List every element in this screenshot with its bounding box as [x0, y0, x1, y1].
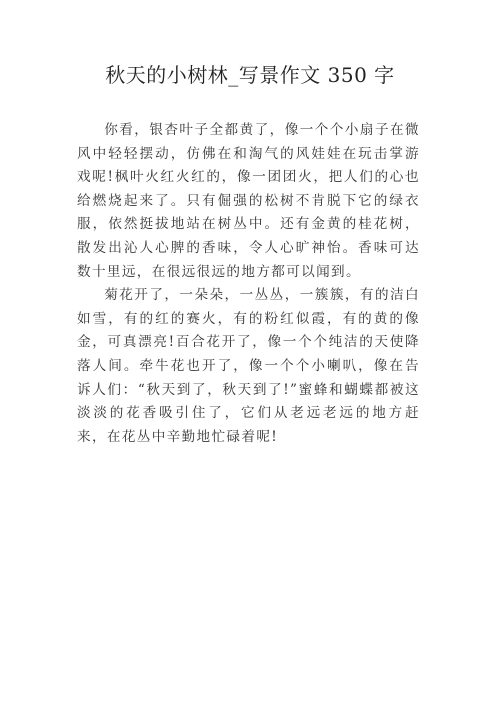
paragraph-1: 你看，银杏叶子全都黄了，像一个个小扇子在微风中轻轻摆动，仿佛在和淘气的风娃娃在玩… [77, 119, 420, 284]
document-body: 你看，银杏叶子全都黄了，像一个个小扇子在微风中轻轻摆动，仿佛在和淘气的风娃娃在玩… [77, 119, 420, 449]
document-page: 秋天的小树林_写景作文 350 字 你看，银杏叶子全都黄了，像一个个小扇子在微风… [0, 0, 500, 708]
document-title: 秋天的小树林_写景作文 350 字 [0, 62, 500, 88]
paragraph-2: 菊花开了，一朵朵，一丛丛，一簇簇，有的洁白如雪，有的红的赛火，有的粉红似霞，有的… [77, 284, 420, 449]
